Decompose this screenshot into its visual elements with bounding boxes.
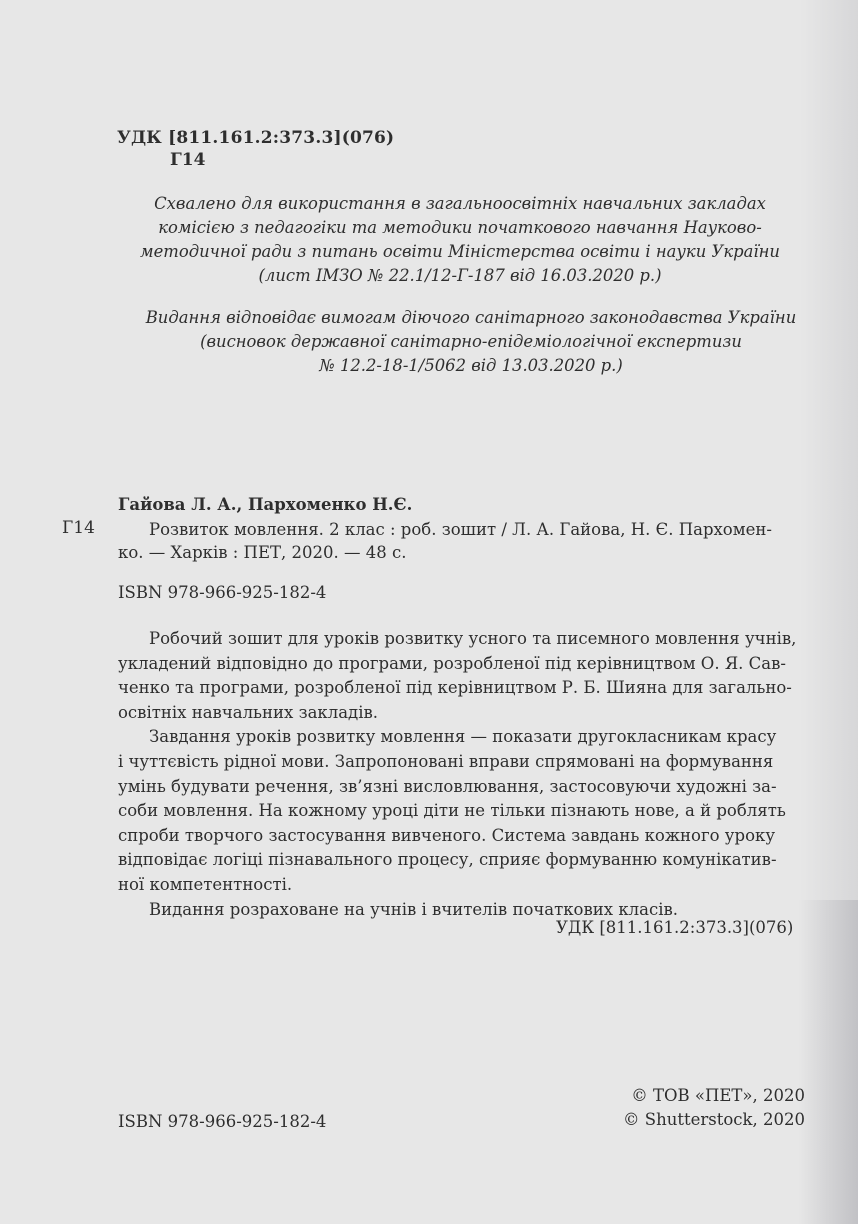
authors-heading: Гайова Л. А., Пархоменко Н.Є. [118, 495, 412, 514]
bibliographic-description: Розвиток мовлення. 2 клас : роб. зошит /… [118, 518, 808, 564]
author-mark: Г14 [170, 150, 205, 170]
annotation-line: умінь будувати речення, зв’язні висловлю… [118, 775, 810, 800]
annotation-line: і чуттєвість рідної мови. Запропоновані … [118, 750, 810, 775]
approval-line: комісією з педагогіки та методики початк… [110, 216, 810, 240]
biblio-line: ко. — Харків : ПЕТ, 2020. — 48 с. [118, 541, 808, 564]
annotation-line: спроби творчого застосування вивченого. … [118, 824, 810, 849]
ministry-approval-notice: Схвалено для використання в загальноосві… [110, 192, 810, 288]
approval-line: методичної ради з питань освіти Міністер… [110, 240, 810, 264]
annotation-line: Завдання уроків розвитку мовлення — пока… [118, 725, 810, 750]
copyright-line: © Shutterstock, 2020 [590, 1108, 805, 1132]
annotation-line: освітніх навчальних закладів. [118, 701, 810, 726]
book-imprint-page: УДК [811.161.2:373.3](076) Г14 Схвалено … [0, 0, 858, 1224]
sanitary-line: Видання відповідає вимогам діючого саніт… [110, 306, 832, 330]
annotation-line: ченко та програми, розробленої під керів… [118, 676, 810, 701]
sanitary-line: (висновок державної санітарно-епідеміоло… [110, 330, 832, 354]
approval-line: (лист ІМЗО № 22.1/12-Г-187 від 16.03.202… [110, 264, 810, 288]
annotation-line: відповідає логіці пізнавального процесу,… [118, 848, 810, 873]
udk-classification-bottom: УДК [811.161.2:373.3](076) [556, 918, 793, 937]
isbn: ISBN 978-966-925-182-4 [118, 583, 326, 602]
udk-classification: УДК [811.161.2:373.3](076) [117, 128, 394, 148]
annotation: Робочий зошит для уроків розвитку усного… [118, 627, 810, 922]
annotation-line: Робочий зошит для уроків розвитку усного… [118, 627, 810, 652]
sanitary-line: № 12.2-18-1/5062 від 13.03.2020 р.) [110, 354, 832, 378]
approval-line: Схвалено для використання в загальноосві… [110, 192, 810, 216]
copyright-block: © ТОВ «ПЕТ», 2020 © Shutterstock, 2020 [590, 1084, 805, 1132]
annotation-line: соби мовлення. На кожному уроці діти не … [118, 799, 810, 824]
annotation-line: ної компетентності. [118, 873, 810, 898]
copyright-line: © ТОВ «ПЕТ», 2020 [590, 1084, 805, 1108]
sanitary-compliance-notice: Видання відповідає вимогам діючого саніт… [110, 306, 832, 378]
author-mark-side: Г14 [62, 518, 95, 538]
biblio-line: Розвиток мовлення. 2 клас : роб. зошит /… [118, 518, 808, 541]
isbn-bottom: ISBN 978-966-925-182-4 [118, 1112, 326, 1131]
annotation-line: укладений відповідно до програми, розроб… [118, 652, 810, 677]
